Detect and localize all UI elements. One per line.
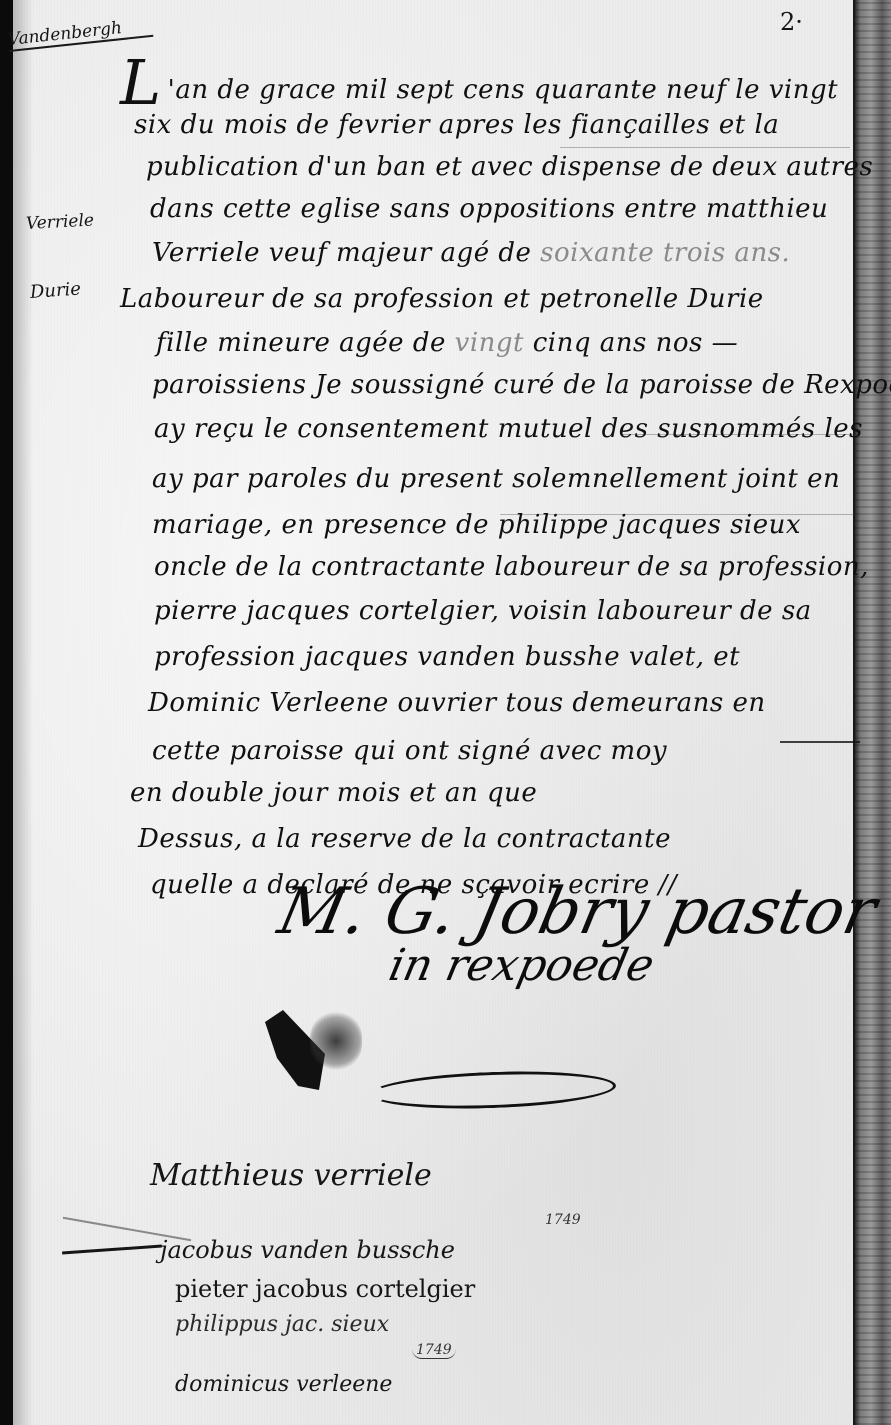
entry-line: publication d'un ban et avec dispense de… bbox=[146, 152, 873, 182]
entry-line: six du mois de fevrier apres les fiançai… bbox=[134, 110, 779, 140]
entry-line: ay par paroles du present solemnellement… bbox=[152, 464, 840, 494]
entry-line: Verriele veuf majeur agé de soixante tro… bbox=[152, 238, 790, 268]
entry-line: Dominic Verleene ouvrier tous demeurans … bbox=[148, 688, 766, 718]
signature-flourish bbox=[369, 1068, 616, 1113]
drop-cap: L bbox=[120, 46, 162, 119]
faint-added-text: soixante trois bbox=[540, 238, 726, 268]
ruled-line bbox=[780, 741, 860, 743]
entry-line: cette paroisse qui ont signé avec moy bbox=[152, 736, 667, 766]
pastor-signature: M. G. Jobry pastor in rexpoede bbox=[280, 880, 875, 991]
entry-line: fille mineure agée de vingt cinq ans nos… bbox=[156, 328, 738, 358]
witness-signature-groom: Matthieus verriele bbox=[150, 1158, 432, 1193]
page-left-edge-shadow bbox=[0, 0, 13, 1425]
ruled-line bbox=[560, 147, 850, 148]
witness-signature: pieter jacobus cortelgier bbox=[175, 1275, 475, 1303]
pen-stroke-mark bbox=[62, 1245, 162, 1255]
document-page: 2· Vandenbergh Verriele Durie L'an de gr… bbox=[0, 0, 891, 1425]
entry-line: L'an de grace mil sept cens quarante neu… bbox=[120, 52, 838, 114]
entry-line: oncle de la contractante laboureur de sa… bbox=[154, 552, 869, 582]
page-number: 2· bbox=[780, 8, 803, 36]
pastor-signature-parish: in rexpoede bbox=[385, 940, 881, 991]
entry-line: Dessus, a la reserve de la contractante bbox=[138, 824, 671, 854]
witness-signature: philippus jac. sieux bbox=[175, 1312, 389, 1337]
entry-line: Laboureur de sa profession et petronelle… bbox=[120, 284, 764, 314]
witness-signature: jacobus vanden bussche bbox=[160, 1236, 455, 1264]
witness-signature: dominicus verleene bbox=[175, 1372, 392, 1397]
faint-added-text: vingt bbox=[455, 328, 524, 358]
ink-smudge bbox=[310, 1012, 362, 1070]
entry-line: ay reçu le consentement mutuel des susno… bbox=[154, 414, 863, 444]
year-annotation: 1749 bbox=[412, 1342, 456, 1359]
year-annotation: 1749 bbox=[545, 1212, 581, 1228]
entry-line: en double jour mois et an que bbox=[130, 778, 537, 808]
entry-line: profession jacques vanden busshe valet, … bbox=[154, 642, 740, 672]
entry-line: pierre jacques cortelgier, voisin labour… bbox=[154, 596, 812, 626]
entry-line: mariage, en presence de philippe jacques… bbox=[152, 510, 801, 540]
entry-line: paroissiens Je soussigné curé de la paro… bbox=[152, 370, 891, 400]
margin-note-groom-surname: Verriele bbox=[25, 210, 94, 234]
entry-line: dans cette eglise sans oppositions entre… bbox=[150, 194, 828, 224]
pastor-signature-name: M. G. Jobry pastor bbox=[273, 880, 881, 944]
margin-note-bride-surname: Durie bbox=[29, 278, 81, 303]
book-binding-edge bbox=[853, 0, 891, 1425]
